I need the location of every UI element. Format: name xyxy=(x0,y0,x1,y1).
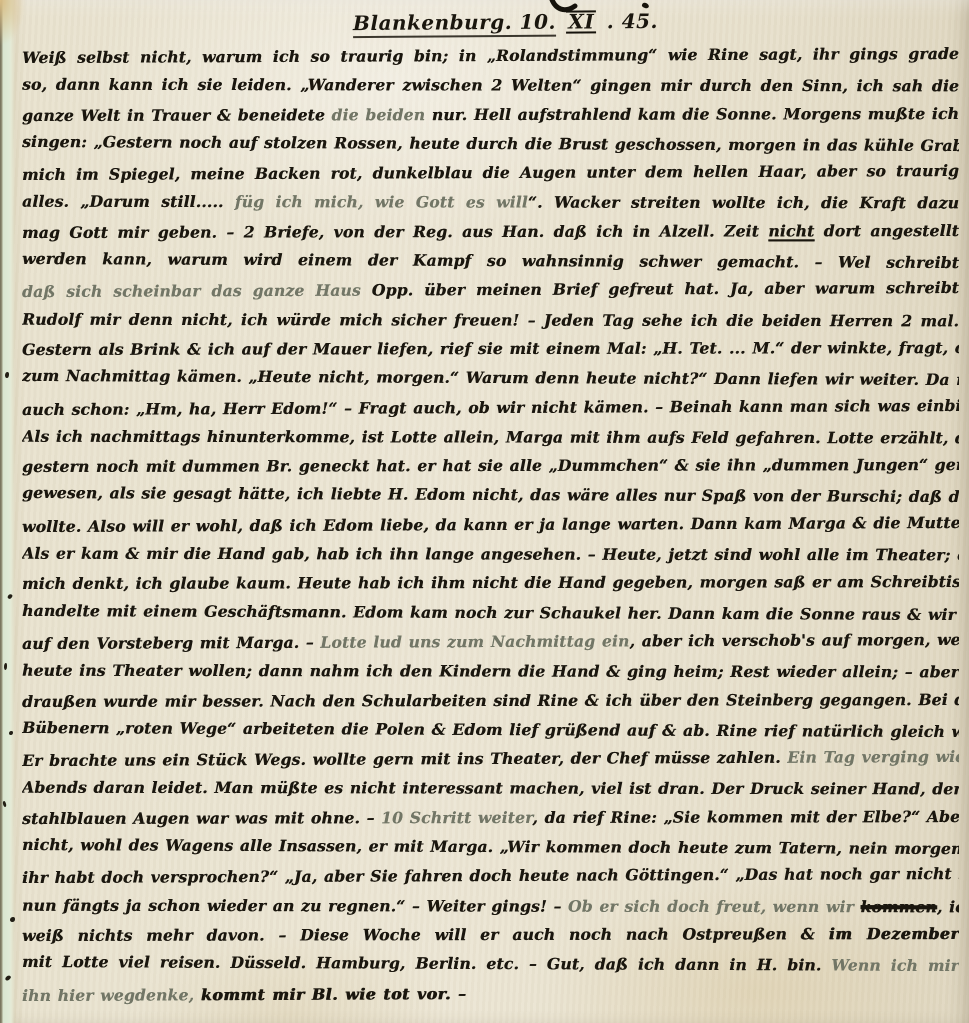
annotated-text-faded: Wenn ich mir xyxy=(831,956,959,976)
handwriting-line: singen: „Gestern noch auf stolzen Rossen… xyxy=(22,127,959,160)
handwriting-line: Abends daran leidet. Man müßte es nicht … xyxy=(22,773,959,804)
annotated-text-bold: im Dezember xyxy=(829,924,959,943)
handwriting-line: Gestern als Brink & ich auf der Mauer li… xyxy=(22,333,959,364)
annotated-text-faded: ihn hier wegdenke, xyxy=(22,985,194,1005)
handwriting-line: Als ich nachmittags hinunterkomme, ist L… xyxy=(22,422,959,453)
handwriting-line: ihn hier wegdenke, kommt mir Bl. wie tot… xyxy=(22,976,959,1009)
handwriting-line: Bübenern „roten Wege“ arbeiteten die Pol… xyxy=(22,713,959,746)
handwriting-line: daß sich scheinbar das ganze Haus Opp. ü… xyxy=(22,273,959,306)
handwriting-line: handelte mit einem Geschäftsmann. Edom k… xyxy=(22,596,959,629)
diary-page-scan: Blankenburg. 10. XI . 45. Weiß selbst ni… xyxy=(0,0,969,1023)
handwriting-line: alles. „Darum still..... füg ich mich, w… xyxy=(22,187,959,218)
handwriting-line: auch schon: „Hm, ha, Herr Edom!“ – Fragt… xyxy=(22,391,959,424)
entry-year: . 45. xyxy=(607,9,658,33)
annotated-text-faded: Ob er sich doch freut, wenn wir xyxy=(568,896,854,915)
handwriting-line: nun fängts ja schon wieder an zu regnen.… xyxy=(22,890,959,921)
handwriting-lines: Weiß selbst nicht, warum ich so traurig … xyxy=(22,41,959,1008)
annotated-text-strike: kommen xyxy=(860,897,936,916)
handwriting-line: heute ins Theater wollen; dann nahm ich … xyxy=(22,656,959,687)
annotated-text-bold: kommt mir Bl. wie tot vor. – xyxy=(201,984,467,1004)
handwriting-line: gestern noch mit dummen Br. geneckt hat.… xyxy=(22,450,959,481)
handwriting-line: Rudolf mir denn nicht, ich würde mich si… xyxy=(22,304,959,335)
handwriting-line: gewesen, als sie gesagt hätte, ich liebt… xyxy=(22,478,959,511)
cutoff-ink-stroke xyxy=(548,0,578,19)
handwriting-line: werden kann, warum wird einem der Kampf … xyxy=(22,244,959,277)
handwriting-line: zum Nachmittag kämen. „Heute nicht, morg… xyxy=(22,361,959,394)
annotated-text-underline: nicht xyxy=(768,221,814,240)
handwriting-line: Als er kam & mir die Hand gab, hab ich i… xyxy=(22,539,959,570)
handwriting-line: wollte. Also will er wohl, daß ich Edom … xyxy=(22,508,959,541)
annotated-text-faded: füg ich mich, wie Gott es will xyxy=(235,193,528,213)
annotated-text-faded: Lotte lud uns zum Nachmittag ein xyxy=(320,631,629,651)
handwriting-line: ihr habt doch versprochen?“ „Ja, aber Si… xyxy=(22,859,959,892)
handwriting-line: mag Gott mir geben. – 2 Briefe, von der … xyxy=(22,216,959,247)
annotated-text-faded: daß sich scheinbar das ganze Haus xyxy=(22,281,361,301)
annotated-text-faded: die beiden xyxy=(332,105,426,124)
handwriting-line: nicht, wohl des Wagens alle Insassen, er… xyxy=(22,830,959,863)
annotated-text-faded: Ein Tag verging wie der andere. xyxy=(787,747,959,767)
handwriting-line: auf den Vorsteberg mit Marga. – Lotte lu… xyxy=(22,625,959,658)
handwriting-line: mit Lotte viel reisen. Düsseld. Hamburg,… xyxy=(22,947,959,980)
page-content: Blankenburg. 10. XI . 45. Weiß selbst ni… xyxy=(0,0,969,1008)
handwriting-line: weiß nichts mehr davon. – Diese Woche wi… xyxy=(22,919,959,950)
handwriting-line: Er brachte uns ein Stück Wegs. wollte ge… xyxy=(22,742,959,775)
annotated-text-faded: 10 Schritt weiter xyxy=(381,808,532,827)
handwriting-line: Weiß selbst nicht, warum ich so traurig … xyxy=(22,39,959,72)
handwriting-line: mich im Spiegel, meine Backen rot, dunke… xyxy=(22,156,959,189)
handwriting-line: ganze Welt in Trauer & beneidete die bei… xyxy=(22,99,959,130)
handwriting-line: stahlblauen Augen war was mit ohne. – 10… xyxy=(22,802,959,833)
handwriting-line: mich denkt, ich glaube kaum. Heute hab i… xyxy=(22,567,959,598)
handwriting-line: so, dann kann ich sie leiden. „Wanderer … xyxy=(22,70,959,101)
handwriting-line: draußen wurde mir besser. Nach den Schul… xyxy=(22,685,959,716)
entry-place-and-day: Blankenburg. 10. xyxy=(353,10,556,38)
entry-heading: Blankenburg. 10. XI . 45. xyxy=(52,2,959,44)
